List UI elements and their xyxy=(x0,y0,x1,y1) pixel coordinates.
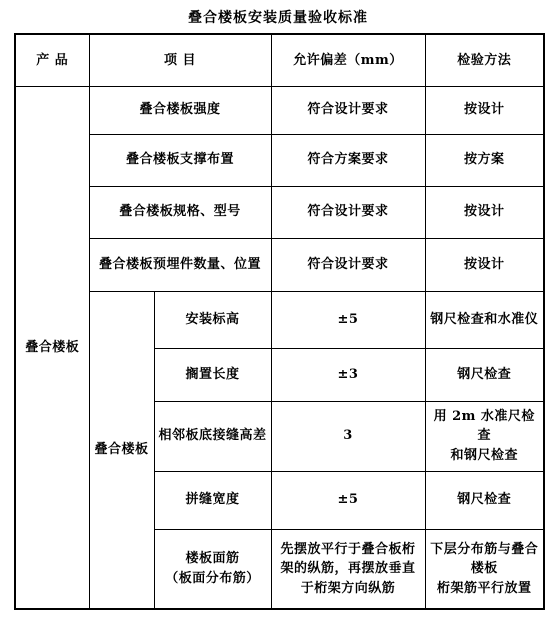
table-row: 叠合楼板规格、型号 符合设计要求 按设计 xyxy=(15,186,544,238)
deviation-cell: 符合方案要求 xyxy=(271,134,425,186)
deviation-cell: 符合设计要求 xyxy=(271,186,425,238)
method-cell: 按方案 xyxy=(425,134,544,186)
deviation-cell: ±5 xyxy=(271,471,425,529)
item-cell: 叠合楼板规格、型号 xyxy=(89,186,271,238)
deviation-cell: ±3 xyxy=(271,348,425,401)
item-cell: 相邻板底接缝高差 xyxy=(154,401,271,471)
method-cell: 按设计 xyxy=(425,238,544,291)
method-cell: 下层分布筋与叠合楼板 桁架筋平行放置 xyxy=(425,529,544,609)
product-group-cell: 叠合楼板 xyxy=(15,86,89,609)
deviation-cell: 符合设计要求 xyxy=(271,238,425,291)
col-header-product: 产 品 xyxy=(15,34,89,86)
item-cell: 搁置长度 xyxy=(154,348,271,401)
table-row: 叠合楼板支撑布置 符合方案要求 按方案 xyxy=(15,134,544,186)
item-cell: 叠合楼板支撑布置 xyxy=(89,134,271,186)
header-row: 产 品 项 目 允许偏差（mm） 检验方法 xyxy=(15,34,544,86)
deviation-cell: 先摆放平行于叠合板桁 架的纵筋，再摆放垂直 于桁架方向纵筋 xyxy=(271,529,425,609)
table-row: 叠合楼板 安装标高 ±5 钢尺检查和水准仪 xyxy=(15,291,544,348)
item-cell: 拼缝宽度 xyxy=(154,471,271,529)
method-cell: 用 2m 水准尺检查 和钢尺检查 xyxy=(425,401,544,471)
method-cell: 钢尺检查 xyxy=(425,348,544,401)
table-row: 叠合楼板 叠合楼板强度 符合设计要求 按设计 xyxy=(15,86,544,134)
col-header-method: 检验方法 xyxy=(425,34,544,86)
acceptance-table: 产 品 项 目 允许偏差（mm） 检验方法 叠合楼板 叠合楼板强度 符合设计要求… xyxy=(14,33,545,610)
col-header-item: 项 目 xyxy=(89,34,271,86)
item-cell: 叠合楼板预埋件数量、位置 xyxy=(89,238,271,291)
item-cell: 安装标高 xyxy=(154,291,271,348)
sub-group-cell: 叠合楼板 xyxy=(89,291,154,609)
method-cell: 钢尺检查 xyxy=(425,471,544,529)
document-page: 叠合楼板安装质量验收标准 产 品 项 目 允许偏差（mm） 检验方法 叠合楼板 … xyxy=(0,0,556,619)
table-row: 叠合楼板预埋件数量、位置 符合设计要求 按设计 xyxy=(15,238,544,291)
deviation-cell: 符合设计要求 xyxy=(271,86,425,134)
deviation-cell: ±5 xyxy=(271,291,425,348)
item-cell: 叠合楼板强度 xyxy=(89,86,271,134)
deviation-cell: 3 xyxy=(271,401,425,471)
col-header-deviation: 允许偏差（mm） xyxy=(271,34,425,86)
method-cell: 按设计 xyxy=(425,186,544,238)
item-cell: 楼板面筋 （板面分布筋） xyxy=(154,529,271,609)
method-cell: 钢尺检查和水准仪 xyxy=(425,291,544,348)
method-cell: 按设计 xyxy=(425,86,544,134)
table-title: 叠合楼板安装质量验收标准 xyxy=(0,7,556,27)
